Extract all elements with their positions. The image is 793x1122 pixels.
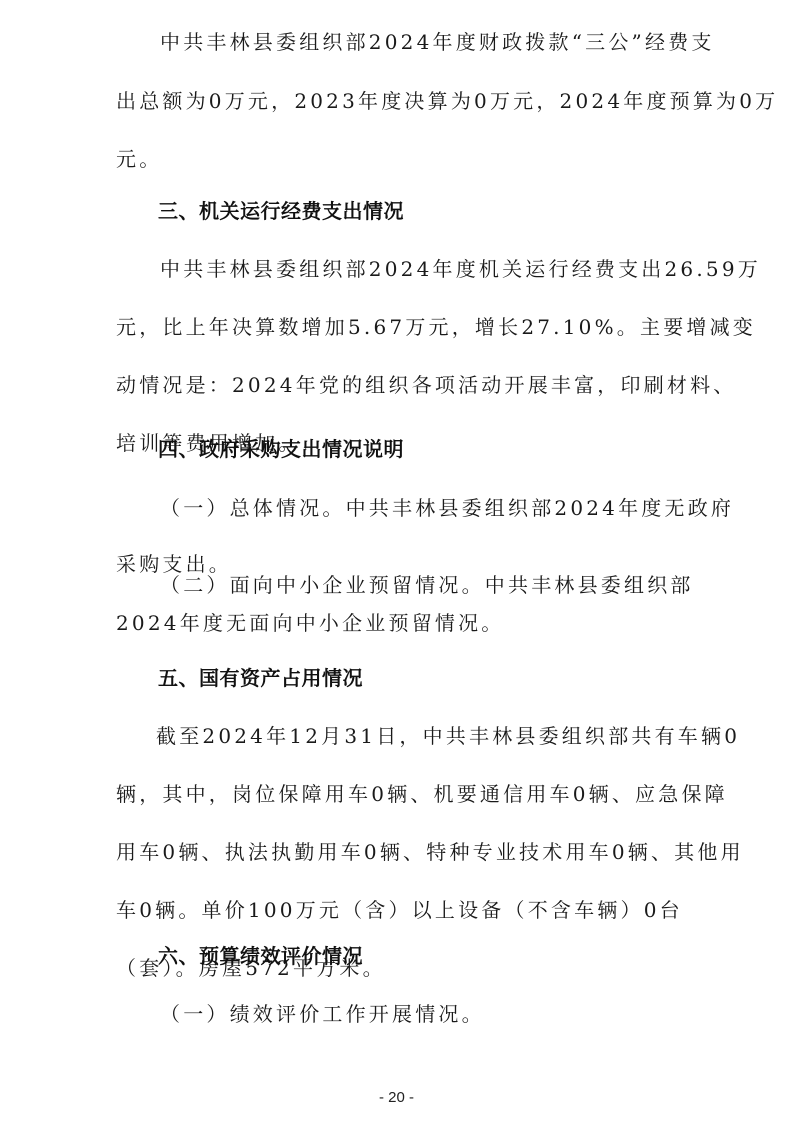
paragraph-line: 车0辆。单价100万元（含）以上设备（不含车辆）0台	[116, 898, 683, 922]
section-heading-6: 六、预算绩效评价情况	[158, 944, 363, 968]
paragraph-line: 出总额为0万元，2023年度决算为0万元，2024年度预算为0万	[116, 89, 778, 113]
paragraph-line: 辆，其中，岗位保障用车0辆、机要通信用车0辆、应急保障	[116, 782, 728, 806]
paragraph-line: 动情况是：2024年党的组织各项活动开展丰富，印刷材料、	[116, 373, 737, 397]
paragraph-line: 元。	[116, 147, 162, 171]
paragraph-line: 用车0辆、执法执勤用车0辆、特种专业技术用车0辆、其他用	[116, 840, 744, 864]
page-number: - 20 -	[0, 1089, 793, 1106]
section-heading-4: 四、政府采购支出情况说明	[158, 437, 404, 461]
paragraph-line: （二）面向中小企业预留情况。中共丰林县委组织部	[160, 573, 694, 597]
paragraph-line: （一）总体情况。中共丰林县委组织部2024年度无政府	[160, 496, 734, 520]
paragraph-line: 中共丰林县委组织部2024年度财政拨款“三公”经费支	[160, 30, 715, 54]
section-heading-5: 五、国有资产占用情况	[158, 666, 363, 690]
paragraph-line: （一）绩效评价工作开展情况。	[160, 1002, 485, 1026]
paragraph-line: 中共丰林县委组织部2024年度机关运行经费支出26.59万	[160, 257, 761, 281]
section-heading-3: 三、机关运行经费支出情况	[158, 199, 404, 223]
paragraph-line: 截至2024年12月31日，中共丰林县委组织部共有车辆0	[156, 724, 740, 748]
document-page: 中共丰林县委组织部2024年度财政拨款“三公”经费支 出总额为0万元，2023年…	[0, 0, 793, 1122]
paragraph-line: 元，比上年决算数增加5.67万元，增长27.10%。主要增减变	[116, 315, 756, 339]
paragraph-line: 2024年度无面向中小企业预留情况。	[116, 611, 505, 635]
